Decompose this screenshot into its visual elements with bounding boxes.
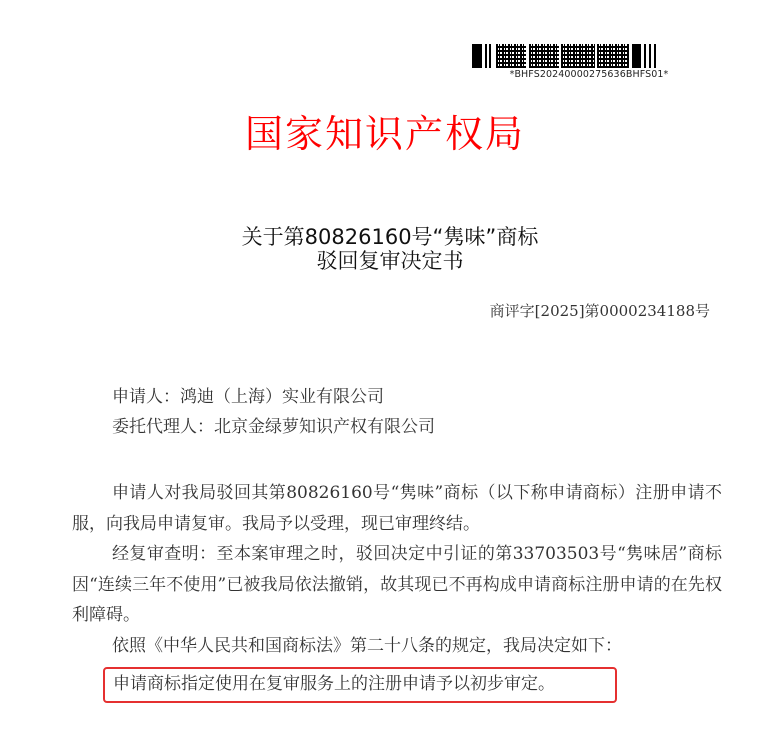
agency-title: 国家知识产权局 bbox=[0, 110, 770, 158]
decision-highlight: 申请商标指定使用在复审服务上的注册申请予以初步审定。 bbox=[103, 667, 617, 703]
barcode: *BHFS20240000275636BHFS01* bbox=[472, 44, 686, 80]
document-title-line-1: 关于第80826160号“隽味”商标 bbox=[0, 225, 770, 249]
document-title: 关于第80826160号“隽味”商标 驳回复审决定书 bbox=[0, 225, 770, 273]
paragraph-legal-basis: 依照《中华人民共和国商标法》第二十八条的规定，我局决定如下： bbox=[72, 631, 722, 662]
paragraph-findings: 经复审查明：至本案审理之时，驳回决定中引证的第33703503号“隽味居”商标因… bbox=[72, 539, 722, 631]
document-body: 申请人对我局驳回其第80826160号“隽味”商标（以下称申请商标）注册申请不服… bbox=[72, 478, 722, 661]
barcode-graphic bbox=[472, 44, 686, 68]
paragraph-background: 申请人对我局驳回其第80826160号“隽味”商标（以下称申请商标）注册申请不服… bbox=[72, 478, 722, 539]
document-title-line-2: 驳回复审决定书 bbox=[0, 249, 770, 273]
agent: 委托代理人：北京金绿萝知识产权有限公司 bbox=[112, 412, 435, 442]
applicant: 申请人：鸿迪（上海）实业有限公司 bbox=[112, 382, 384, 412]
document-number: 商评字[2025]第0000234188号 bbox=[490, 300, 710, 321]
barcode-number: *BHFS20240000275636BHFS01* bbox=[472, 69, 686, 80]
